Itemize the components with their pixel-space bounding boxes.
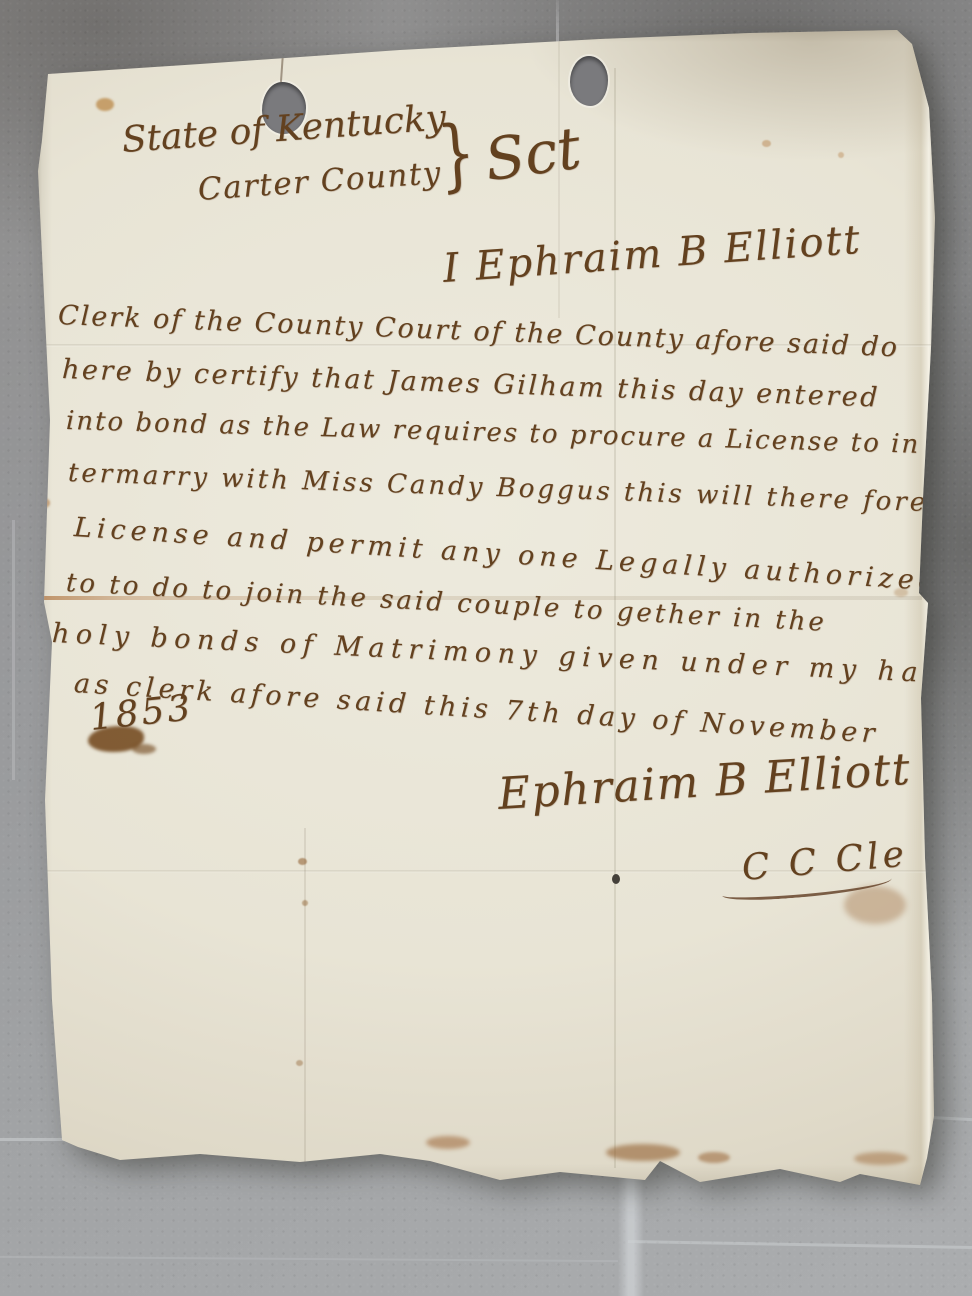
heading-abbrev-sct: Sct bbox=[481, 118, 584, 192]
scratch-above-left-hole bbox=[280, 52, 284, 82]
stain-left-edge-1 bbox=[38, 498, 50, 508]
stain-right-smudge bbox=[844, 886, 906, 924]
ink-blot-tail bbox=[132, 744, 156, 754]
crease-speck-2 bbox=[302, 900, 308, 906]
body-line-8: as clerk afore said this 7th day of Nove… bbox=[73, 670, 880, 749]
heading-brace-group: }Sct bbox=[438, 124, 580, 185]
heading-state-line: State of Kentucky bbox=[121, 99, 447, 159]
crease-speck-3 bbox=[296, 1060, 303, 1066]
fold-crease-vertical-left-lower bbox=[304, 828, 306, 1163]
stain-left-edge-2 bbox=[36, 683, 48, 692]
intro-clerk-name-line: I Ephraim B Elliott bbox=[442, 219, 863, 290]
heading-brace: } bbox=[435, 111, 478, 198]
document-paper: State of Kentucky Carter County }Sct I E… bbox=[36, 28, 936, 1190]
body-line-3: into bond as the Law requires to procure… bbox=[66, 408, 921, 459]
punch-hole-right bbox=[570, 56, 608, 106]
body-line-1: Clerk of the County Court of the County … bbox=[57, 302, 899, 363]
bottom-edge-stain-3 bbox=[698, 1152, 730, 1163]
year-text: 1853 bbox=[88, 689, 195, 737]
body-line-2: here by certify that James Gilham this d… bbox=[62, 356, 881, 413]
photograph-of-document: State of Kentucky Carter County }Sct I E… bbox=[0, 0, 972, 1296]
foxing-top-right-2 bbox=[838, 152, 844, 158]
bottom-edge-stain-4 bbox=[854, 1152, 908, 1165]
paper-shadow-wrapper: State of Kentucky Carter County }Sct I E… bbox=[0, 0, 972, 1296]
crease-speck-1 bbox=[298, 858, 307, 865]
signature: Ephraim B Elliott bbox=[497, 747, 913, 818]
foxing-top-right-1 bbox=[762, 140, 771, 147]
bottom-edge-stain-2 bbox=[606, 1144, 680, 1161]
dark-speck-center-crease bbox=[612, 874, 620, 884]
body-line-4: termarry with Miss Candy Boggus this wil… bbox=[68, 460, 929, 517]
heading-county-line: Carter County bbox=[197, 157, 443, 207]
stain-top-left bbox=[96, 98, 114, 111]
bottom-edge-stain-1 bbox=[426, 1136, 470, 1149]
